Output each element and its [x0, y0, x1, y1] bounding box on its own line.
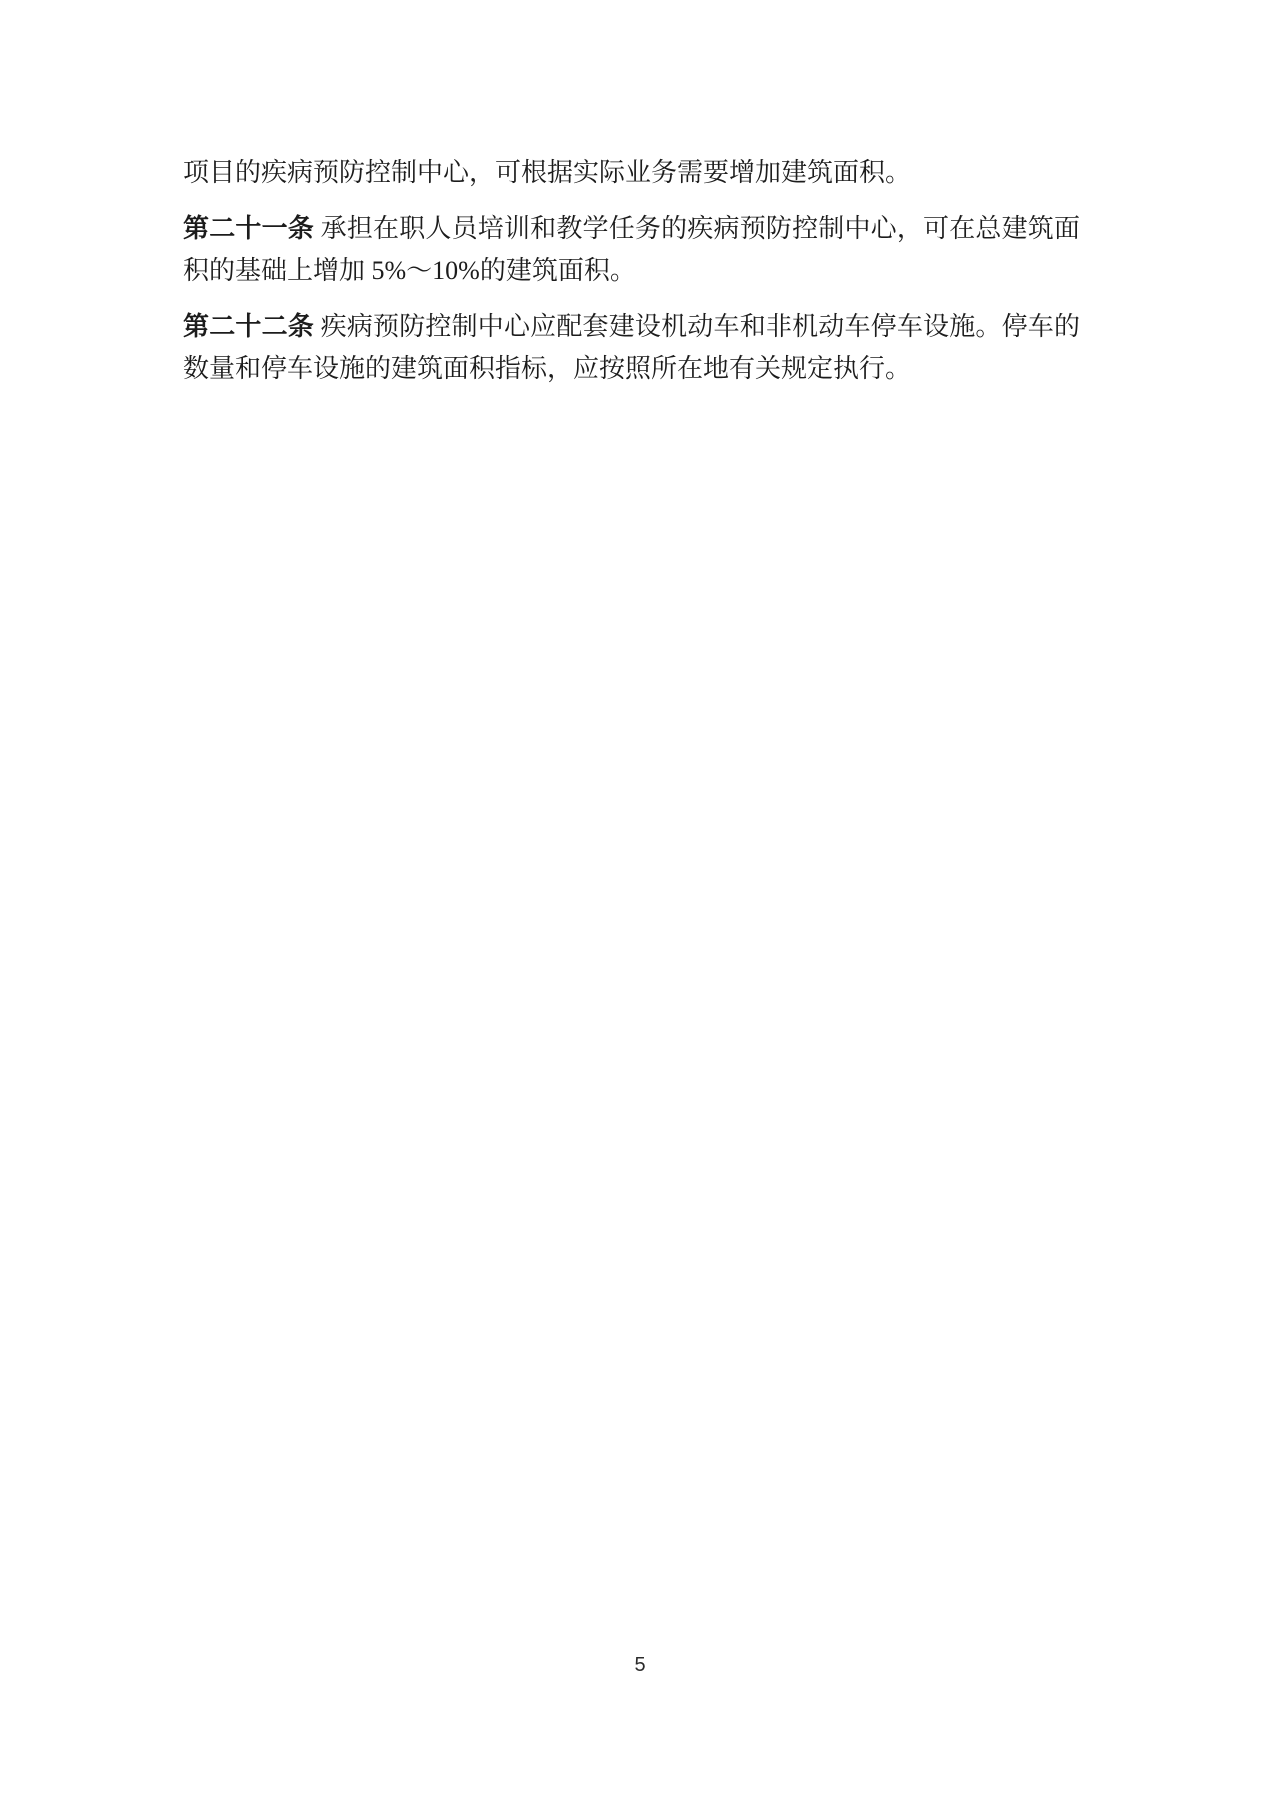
article-number-label: 第二十二条: [183, 312, 314, 341]
text-line: 积的基础上增加 5%～10%的建筑面积。: [183, 250, 1080, 292]
article-number-label: 第二十一条: [183, 214, 314, 243]
text-line: 第二十一条 承担在职人员培训和教学任务的疾病预防控制中心，可在总建筑面: [183, 208, 1080, 250]
document-body: 项目的疾病预防控制中心，可根据实际业务需要增加建筑面积。 第二十一条 承担在职人…: [183, 152, 1080, 390]
paragraph-continuation: 项目的疾病预防控制中心，可根据实际业务需要增加建筑面积。: [183, 152, 1080, 194]
page-number: 5: [0, 1652, 1280, 1678]
document-page: 项目的疾病预防控制中心，可根据实际业务需要增加建筑面积。 第二十一条 承担在职人…: [0, 0, 1280, 1810]
article-text: 疾病预防控制中心应配套建设机动车和非机动车停车设施。停车的: [314, 312, 1080, 341]
text-line: 第二十二条 疾病预防控制中心应配套建设机动车和非机动车停车设施。停车的: [183, 306, 1080, 348]
article-text: 承担在职人员培训和教学任务的疾病预防控制中心，可在总建筑面: [314, 214, 1080, 243]
paragraph-article-21: 第二十一条 承担在职人员培训和教学任务的疾病预防控制中心，可在总建筑面 积的基础…: [183, 208, 1080, 292]
text-line: 数量和停车设施的建筑面积指标，应按照所在地有关规定执行。: [183, 348, 1080, 390]
text-line: 项目的疾病预防控制中心，可根据实际业务需要增加建筑面积。: [183, 158, 911, 187]
paragraph-article-22: 第二十二条 疾病预防控制中心应配套建设机动车和非机动车停车设施。停车的 数量和停…: [183, 306, 1080, 390]
